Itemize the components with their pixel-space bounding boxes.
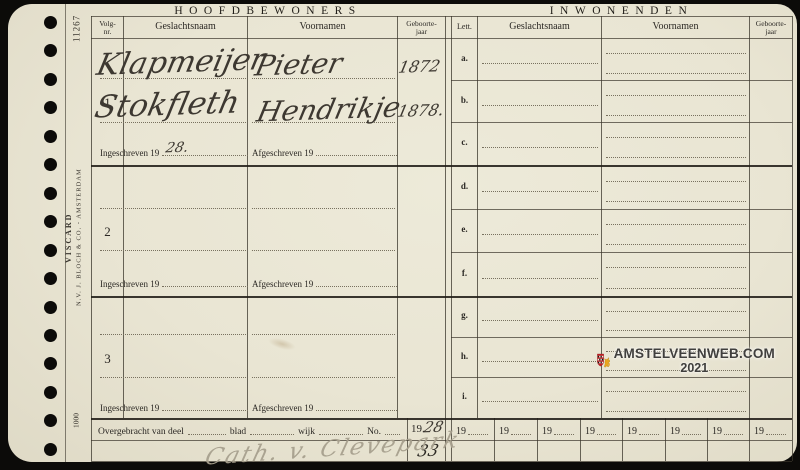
punch-hole xyxy=(44,215,57,228)
ingeschreven-text: Ingeschreven 19 xyxy=(100,279,159,289)
entry-rule xyxy=(252,207,395,209)
entry-rule xyxy=(606,156,746,158)
column-header-text: Voornamen xyxy=(653,22,699,33)
punch-hole xyxy=(44,101,57,114)
punch-hole xyxy=(44,187,57,200)
entry-rule xyxy=(606,180,746,182)
year-cell-prefix: 19 xyxy=(754,426,764,437)
year-cell-prefix: 19 xyxy=(627,426,637,437)
column-header-text: Geslachtsnaam xyxy=(509,22,570,33)
handwritten-surname: Stokfleth xyxy=(92,85,243,126)
column-header-text: jaar xyxy=(765,28,776,36)
grid-line xyxy=(91,38,792,39)
grid-line xyxy=(749,16,750,461)
grid-line xyxy=(91,165,792,167)
year-cell-prefix: 19 xyxy=(542,426,552,437)
print-count: 1000 xyxy=(70,406,82,436)
punch-hole xyxy=(44,301,57,314)
year-cell-prefix: 19 xyxy=(712,426,722,437)
entry-rule xyxy=(606,223,746,225)
column-header-text: Voornamen xyxy=(300,22,346,33)
column-header-text: Lett. xyxy=(457,23,472,31)
lodger-letter: i. xyxy=(452,391,477,401)
ingeschreven-text: Ingeschreven 19 xyxy=(100,403,159,413)
ingeschreven-label: Ingeschreven 19 xyxy=(100,277,248,289)
entry-rule xyxy=(606,243,746,245)
entry-rule xyxy=(100,376,246,378)
lodger-letter: c. xyxy=(452,137,477,147)
punch-hole xyxy=(44,329,57,342)
column-header-firstnames-left: Voornamen xyxy=(248,17,397,38)
column-header-birthyear-right: Geboorte- jaar xyxy=(750,17,792,38)
transfer-label-deel: Overgebracht van deel xyxy=(98,427,184,437)
entry-rule xyxy=(606,200,746,202)
entry-rule xyxy=(606,52,746,54)
entry-rule xyxy=(606,410,746,412)
row-number: 3 xyxy=(92,351,123,367)
entry-rule xyxy=(482,62,598,64)
handwritten-firstnames: Pieter xyxy=(252,47,345,83)
punch-hole xyxy=(44,244,57,257)
column-header-birthyear-left: Geboorte- jaar xyxy=(398,17,445,38)
grid-line xyxy=(445,16,446,461)
row-number: 2 xyxy=(92,224,123,240)
entry-rule xyxy=(482,233,598,235)
entry-rule xyxy=(252,249,395,251)
entry-rule xyxy=(482,319,598,321)
lodger-letter: d. xyxy=(452,181,477,191)
entry-rule xyxy=(100,207,246,209)
year-cell: 19 xyxy=(754,422,788,437)
entry-rule xyxy=(100,249,246,251)
entry-rule xyxy=(482,104,598,106)
column-header-firstnames-right: Voornamen xyxy=(602,17,749,38)
afgeschreven-text: Afgeschreven 19 xyxy=(252,403,313,413)
year-cell: 19 xyxy=(585,422,618,437)
entry-rule xyxy=(606,94,746,96)
afgeschreven-label: Afgeschreven 19 xyxy=(252,401,397,413)
entry-rule xyxy=(606,329,746,331)
punch-hole xyxy=(44,16,57,29)
year-cell-prefix: 19 xyxy=(585,426,595,437)
watermark-year-text: 2021 xyxy=(614,361,775,375)
amstelveen-crest-logo xyxy=(597,341,610,381)
entry-rule xyxy=(482,190,598,192)
year-cell-prefix: 19 xyxy=(456,426,466,437)
entry-rule xyxy=(606,266,746,268)
grid-line xyxy=(91,461,792,462)
lodger-letter: g. xyxy=(452,310,477,320)
lodger-letter: f. xyxy=(452,268,477,278)
afgeschreven-text: Afgeschreven 19 xyxy=(252,279,313,289)
card-number: 11267 xyxy=(69,7,84,49)
punch-hole xyxy=(44,44,57,57)
lodger-letter: b. xyxy=(452,95,477,105)
column-header-volgnr: Volg- nr. xyxy=(92,17,123,38)
punch-hole xyxy=(44,357,57,370)
year-cell: 19 xyxy=(670,422,703,437)
ingeschreven-text: Ingeschreven 19 xyxy=(100,148,159,158)
year-cell-prefix: 19 xyxy=(499,426,509,437)
year-cell: 19 xyxy=(499,422,533,437)
grid-line xyxy=(792,16,793,461)
punch-hole xyxy=(44,73,57,86)
grid-line xyxy=(91,296,792,298)
entry-rule xyxy=(252,376,395,378)
entry-rule xyxy=(482,360,598,362)
punch-hole xyxy=(44,443,57,456)
afgeschreven-label: Afgeschreven 19 xyxy=(252,146,397,158)
handwritten-birthyear: 1872 xyxy=(397,56,442,76)
column-header-surname-right: Geslachtsnaam xyxy=(478,17,601,38)
column-header-lett: Lett. xyxy=(452,17,477,38)
punch-hole xyxy=(44,414,57,427)
entry-rule xyxy=(252,333,395,335)
watermark: AMSTELVEENWEB.COM 2021 xyxy=(597,340,775,382)
punch-hole xyxy=(44,272,57,285)
lodger-letter: e. xyxy=(452,224,477,234)
lodger-letter: a. xyxy=(452,53,477,63)
entry-rule xyxy=(606,72,746,74)
ingeschreven-label: Ingeschreven 19 xyxy=(100,401,248,413)
entry-rule xyxy=(606,390,746,392)
printer-imprint: N.V. J. BLOCH & CO. - AMSTERDAM xyxy=(74,162,84,312)
year-cell: 19 xyxy=(712,422,745,437)
handwritten-birthyear: 1878. xyxy=(396,100,446,121)
year-cell: 19 xyxy=(456,422,490,437)
punch-hole xyxy=(44,130,57,143)
entry-rule xyxy=(606,114,746,116)
afgeschreven-label: Afgeschreven 19 xyxy=(252,277,397,289)
brand-viscard: VISCARD xyxy=(63,198,74,278)
handwritten-surname: Klapmeijer xyxy=(94,42,269,83)
registration-card-scan: 11267 VISCARD N.V. J. BLOCH & CO. - AMST… xyxy=(0,0,800,470)
entry-rule xyxy=(606,310,746,312)
year-cell: 19 xyxy=(627,422,661,437)
entry-rule xyxy=(482,146,598,148)
grid-line xyxy=(451,337,792,338)
punch-hole-strip xyxy=(44,16,58,456)
year-cell: 19 xyxy=(542,422,576,437)
grid-line xyxy=(451,252,792,253)
entry-rule xyxy=(482,277,598,279)
handwritten-firstnames: Hendrikje xyxy=(254,91,404,129)
column-header-text: nr. xyxy=(104,28,112,36)
year-cell-prefix: 19 xyxy=(670,426,680,437)
column-header-text: jaar xyxy=(416,28,427,36)
entry-rule xyxy=(482,400,598,402)
transfer-label-wijk: wijk xyxy=(298,427,315,437)
grid-line xyxy=(477,16,478,418)
transfer-label-blad: blad xyxy=(230,427,246,437)
grid-line xyxy=(451,209,792,210)
column-header-text: Geslachtsnaam xyxy=(155,22,216,33)
grid-line xyxy=(451,80,792,81)
handwritten-ingeschreven-year: 28. xyxy=(164,140,190,157)
punch-hole xyxy=(44,386,57,399)
entry-rule xyxy=(100,333,246,335)
entry-rule xyxy=(606,287,746,289)
afgeschreven-text: Afgeschreven 19 xyxy=(252,148,313,158)
punch-hole xyxy=(44,158,57,171)
entry-rule xyxy=(606,136,746,138)
grid-line xyxy=(451,122,792,123)
column-header-surname-left: Geslachtsnaam xyxy=(124,17,247,38)
lodger-letter: h. xyxy=(452,351,477,361)
watermark-site-text: AMSTELVEENWEB.COM xyxy=(614,347,775,362)
